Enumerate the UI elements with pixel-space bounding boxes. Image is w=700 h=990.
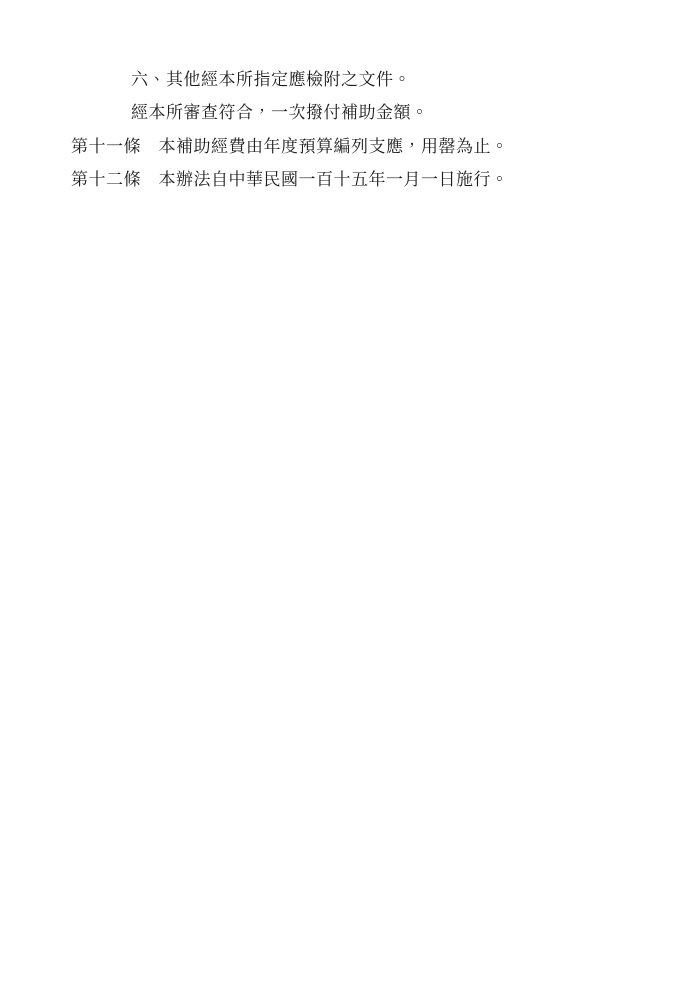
document-page: 六、其他經本所指定應檢附之文件。 經本所審查符合，一次撥付補助金額。 第十一條 … bbox=[0, 0, 700, 990]
doc-line-review-payment: 經本所審查符合，一次撥付補助金額。 bbox=[131, 103, 429, 123]
doc-line-article-11: 第十一條 本補助經費由年度預算編列支應，用罄為止。 bbox=[71, 137, 509, 157]
doc-line-item-six: 六、其他經本所指定應檢附之文件。 bbox=[131, 70, 411, 90]
doc-line-article-12: 第十二條 本辦法自中華民國一百十五年一月一日施行。 bbox=[71, 170, 509, 190]
